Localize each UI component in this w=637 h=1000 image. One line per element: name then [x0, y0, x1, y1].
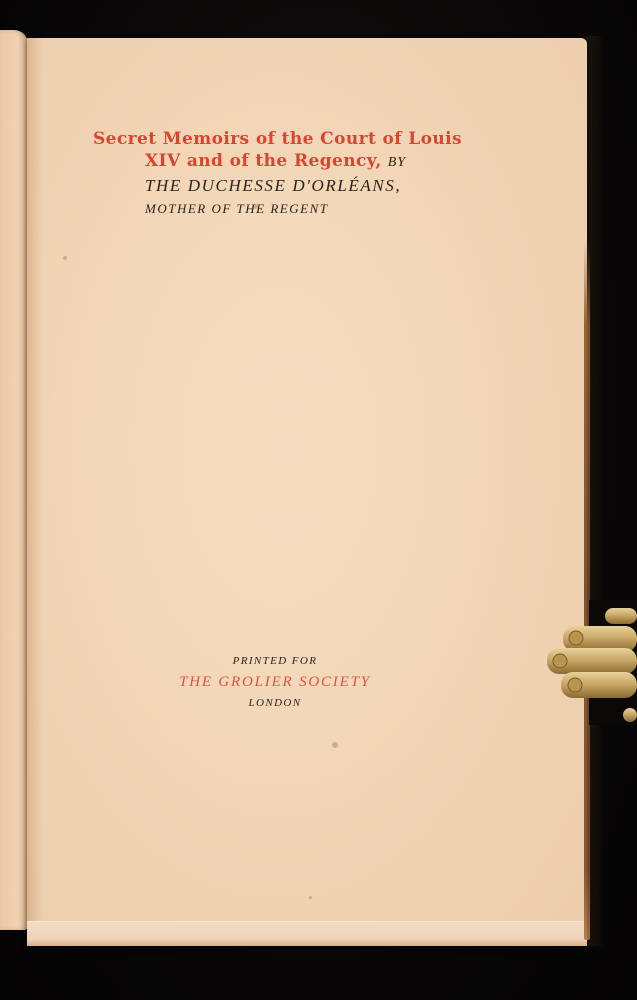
title-line-2: XIV and of the Regency,BY	[93, 150, 453, 174]
title-line-1: Secret Memoirs of the Court of Louis	[93, 128, 453, 150]
publisher-name: THE GROLIER SOCIETY	[140, 671, 410, 693]
previous-page-leaf	[0, 30, 28, 930]
title-line-2-text: XIV and of the Regency,	[145, 151, 382, 171]
author-subtitle: MOTHER OF THE REGENT	[93, 198, 453, 220]
imprint-block: PRINTED FOR THE GROLIER SOCIETY LONDON	[140, 651, 410, 713]
page-bottom-edge	[27, 921, 587, 946]
brass-clasp-icon	[545, 600, 637, 725]
printed-for-text: PRINTED FOR	[140, 651, 410, 671]
page-gutter-shadow	[27, 38, 43, 946]
author-name: THE DUCHESSE D'ORLÉANS,	[93, 174, 453, 198]
foxing-spot	[63, 256, 67, 260]
page-edge-gilding	[584, 240, 590, 940]
publisher-city: LONDON	[140, 693, 410, 713]
foxing-spot	[332, 742, 338, 748]
by-text: BY	[388, 155, 406, 170]
title-block: Secret Memoirs of the Court of Louis XIV…	[93, 128, 453, 220]
foxing-spot	[309, 896, 312, 899]
